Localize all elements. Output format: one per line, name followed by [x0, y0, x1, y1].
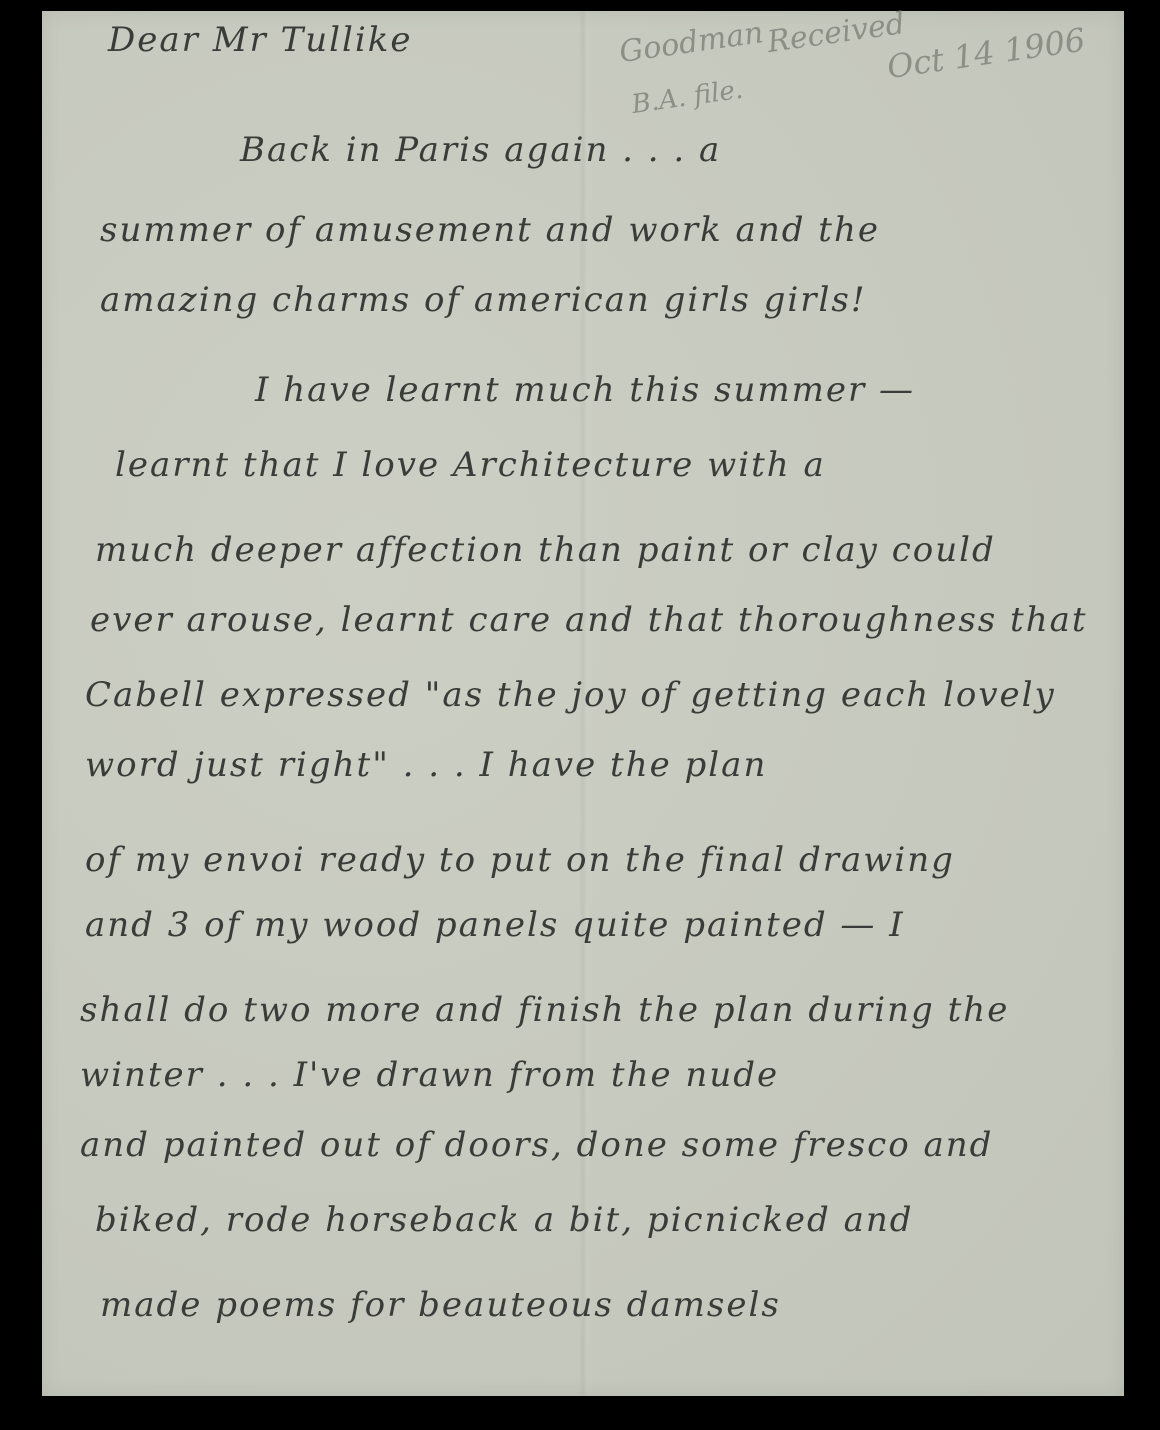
letter-line: winter . . . I've drawn from the nude — [80, 1055, 779, 1095]
letter-line: shall do two more and finish the plan du… — [80, 990, 1009, 1030]
letter-line: and painted out of doors, done some fres… — [80, 1125, 993, 1165]
letter-line: ever arouse, learnt care and that thorou… — [90, 600, 1088, 640]
letter-line: biked, rode horseback a bit, picnicked a… — [95, 1200, 914, 1240]
letter-line: Back in Paris again . . . a — [240, 130, 721, 170]
letter-line: summer of amusement and work and the — [100, 210, 880, 250]
letter-line: and 3 of my wood panels quite painted — … — [85, 905, 905, 945]
letter-line: word just right" . . . I have the plan — [85, 745, 767, 785]
letter-line: I have learnt much this summer — — [255, 370, 915, 410]
letter-line: much deeper affection than paint or clay… — [95, 530, 996, 570]
letter-line: learnt that I love Architecture with a — [115, 445, 826, 485]
letter-line: amazing charms of american girls girls! — [100, 280, 867, 320]
salutation: Dear Mr Tullike — [108, 20, 413, 60]
letter-line: made poems for beauteous damsels — [100, 1285, 781, 1325]
letter-line: Cabell expressed "as the joy of getting … — [85, 675, 1056, 715]
letter-line: of my envoi ready to put on the final dr… — [85, 840, 955, 880]
